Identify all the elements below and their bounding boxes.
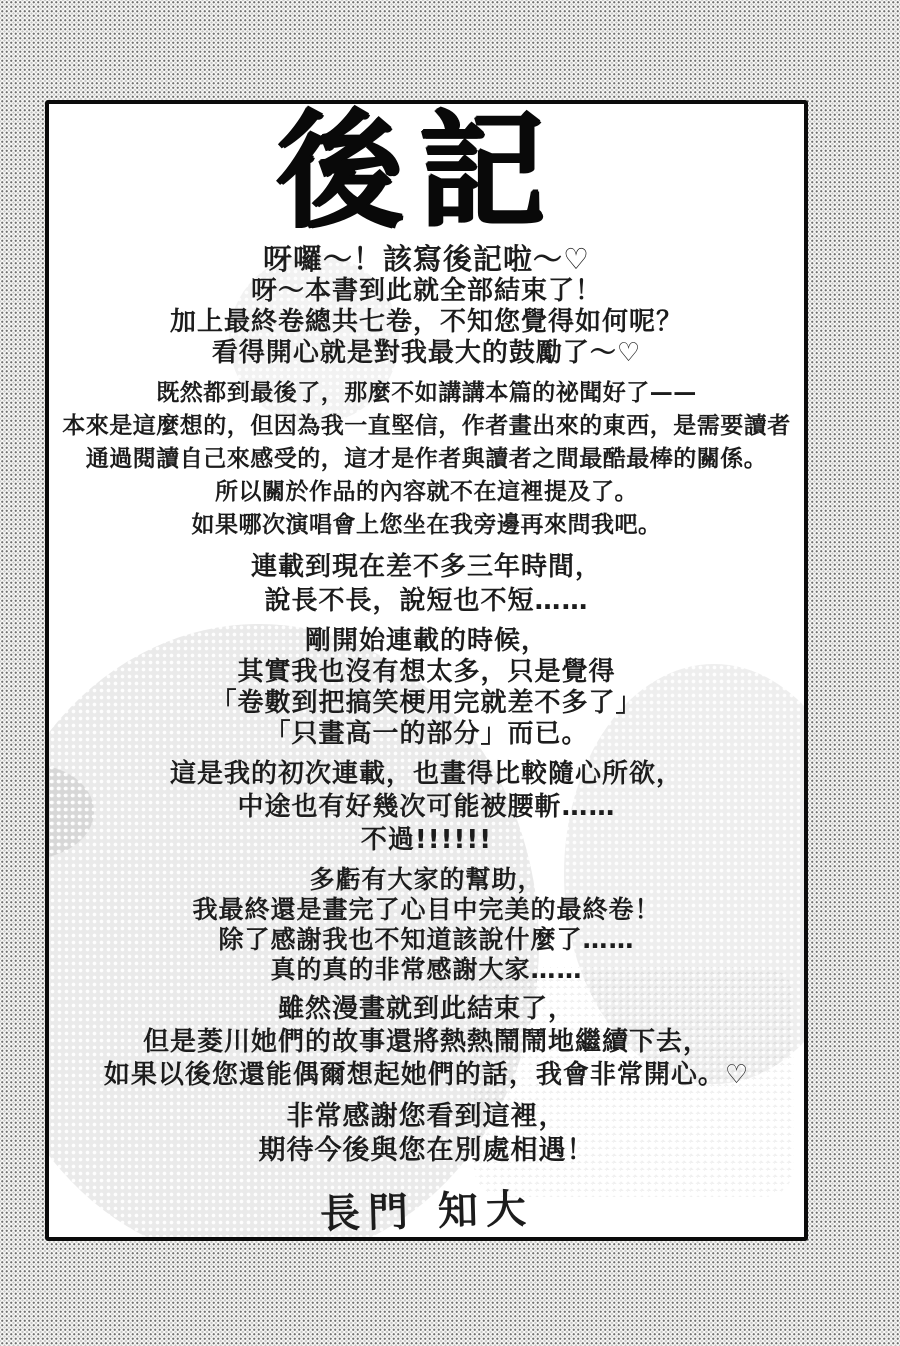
- text-line: 看得開心就是對我最大的鼓勵了～♡: [49, 338, 804, 369]
- afterword-paragraph-intro: 呀囉～！該寫後記啦～♡ 呀～本書到此就全部結束了！ 加上最終卷總共七卷，不知您覺…: [49, 242, 804, 369]
- text-line: 加上最終卷總共七卷，不知您覺得如何呢？: [49, 307, 804, 338]
- text-line: 這是我的初次連載，也畫得比較隨心所欲，: [49, 758, 804, 791]
- afterword-content: 後記 呀囉～！該寫後記啦～♡ 呀～本書到此就全部結束了！ 加上最終卷總共七卷，不…: [49, 106, 804, 1241]
- text-line: 但是菱川她們的故事還將熱熱鬧鬧地繼續下去，: [49, 1026, 804, 1059]
- text-line: 呀～本書到此就全部結束了！: [49, 276, 804, 307]
- text-line: 說長不長，說短也不短……: [49, 584, 804, 618]
- afterword-paragraph-beginning: 剛開始連載的時候， 其實我也沒有想太多，只是覺得 「卷數到把搞笑梗用完就差不多了…: [49, 626, 804, 750]
- text-line: 真的真的非常感謝大家……: [49, 955, 804, 985]
- text-line: 其實我也沒有想太多，只是覺得: [49, 657, 804, 688]
- text-line: 期待今後與您在別處相遇！: [49, 1134, 804, 1168]
- afterword-paragraph-serialization: 連載到現在差不多三年時間， 說長不長，說短也不短……: [49, 550, 804, 618]
- signature-block: 長門 知大: [49, 1180, 804, 1241]
- afterword-paragraph-first-serial: 這是我的初次連載，也畫得比較隨心所欲， 中途也有好幾次可能被腰斬…… 不過!!!…: [49, 758, 804, 857]
- signature-name: 長門 知大: [289, 1176, 565, 1241]
- afterword-paragraph-ending: 雖然漫畫就到此結束了， 但是菱川她們的故事還將熱熱鬧鬧地繼續下去， 如果以後您還…: [49, 993, 804, 1092]
- text-line: 中途也有好幾次可能被腰斬……: [49, 791, 804, 824]
- text-line: 雖然漫畫就到此結束了，: [49, 993, 804, 1026]
- manga-afterword-page: { "title": { "text": "後記" }, "paragraphs…: [0, 0, 900, 1346]
- text-line: 呀囉～！該寫後記啦～♡: [49, 242, 804, 276]
- afterword-panel: 後記 呀囉～！該寫後記啦～♡ 呀～本書到此就全部結束了！ 加上最終卷總共七卷，不…: [45, 100, 808, 1241]
- afterword-paragraph-thanks: 多虧有大家的幫助， 我最終還是畫完了心目中完美的最終卷！ 除了感謝我也不知道該說…: [49, 865, 804, 985]
- afterword-paragraph-secret: 既然都到最後了，那麼不如講講本篇的祕聞好了—— 本來是這麼想的，但因為我一直堅信…: [49, 377, 804, 542]
- text-line: 所以關於作品的內容就不在這裡提及了。: [49, 476, 804, 509]
- text-line: 「卷數到把搞笑梗用完就差不多了」: [49, 688, 804, 719]
- text-line: 如果哪次演唱會上您坐在我旁邊再來問我吧。: [49, 509, 804, 542]
- text-line: 我最終還是畫完了心目中完美的最終卷！: [49, 895, 804, 925]
- afterword-title: 後記: [45, 106, 804, 236]
- text-line: 不過!!!!!!: [49, 824, 804, 857]
- text-line: 多虧有大家的幫助，: [49, 865, 804, 895]
- afterword-paragraph-farewell: 非常感謝您看到這裡， 期待今後與您在別處相遇！: [49, 1100, 804, 1168]
- text-line: 如果以後您還能偶爾想起她們的話，我會非常開心。♡: [49, 1059, 804, 1092]
- text-line: 既然都到最後了，那麼不如講講本篇的祕聞好了——: [49, 377, 804, 410]
- text-line: 除了感謝我也不知道該說什麼了……: [49, 925, 804, 955]
- text-line: 連載到現在差不多三年時間，: [49, 550, 804, 584]
- text-line: 通過閱讀自己來感受的，這才是作者與讀者之間最酷最棒的關係。: [49, 443, 804, 476]
- text-line: 剛開始連載的時候，: [49, 626, 804, 657]
- text-line: 「只畫高一的部分」而已。: [49, 719, 804, 750]
- text-line: 非常感謝您看到這裡，: [49, 1100, 804, 1134]
- text-line: 本來是這麼想的，但因為我一直堅信，作者畫出來的東西，是需要讀者: [49, 410, 804, 443]
